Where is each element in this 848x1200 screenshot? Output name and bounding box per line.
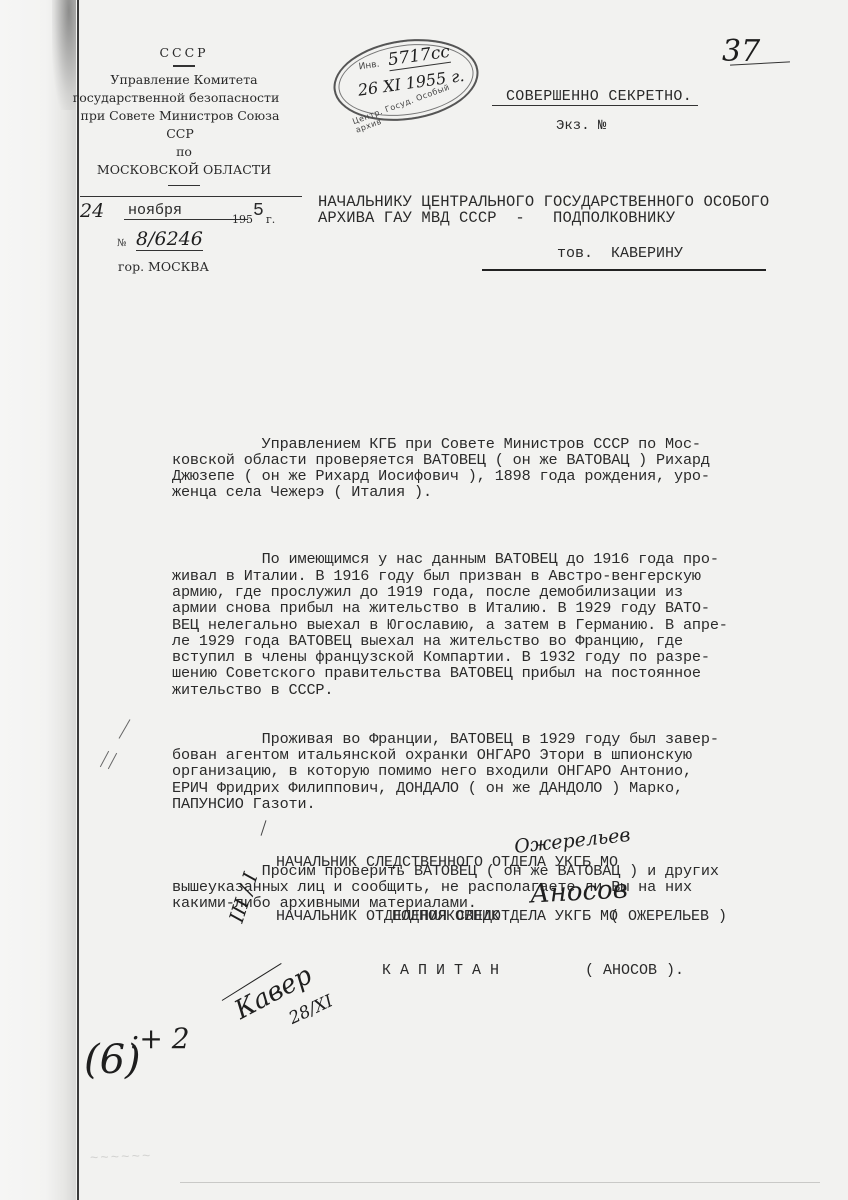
- addressee-line: АРХИВА ГАУ МВД СССР - ПОДПОЛКОВНИКУ: [318, 210, 769, 226]
- date-top-rule: [80, 196, 302, 197]
- signature-title: НАЧАЛЬНИК ОТДЕЛЕНИЯ СЛЕДОТДЕЛА УКГБ МО: [276, 908, 684, 926]
- date-day: 24: [80, 200, 104, 222]
- letterhead-rule: [168, 185, 200, 186]
- registration-label: №: [117, 238, 126, 249]
- letterhead-region: МОСКОВСКОЙ ОБЛАСТИ: [78, 161, 290, 179]
- date-year-suffix: г.: [266, 213, 275, 226]
- letterhead-line: по: [78, 143, 290, 161]
- letterhead-line: Управление Комитета: [78, 71, 290, 89]
- bottom-edge-rule: [180, 1182, 820, 1183]
- handwritten-signature-2: Аносов: [529, 874, 628, 909]
- letterhead-divider: [173, 65, 195, 67]
- body-paragraph: Управлением КГБ при Совете Министров ССС…: [172, 436, 822, 501]
- faint-bleedthrough: ~~~~~~: [90, 1149, 153, 1167]
- letterhead-line: при Совете Министров Союза ССР: [70, 107, 290, 143]
- letterhead: СССР Управление Комитета государственной…: [78, 44, 290, 186]
- signature-title: НАЧАЛЬНИК СЛЕДСТВЕННОГО ОТДЕЛА УКГБ МО: [262, 854, 727, 872]
- date-year-prefix: 195: [232, 213, 253, 226]
- addressee-line: НАЧАЛЬНИКУ ЦЕНТРАЛЬНОГО ГОСУДАРСТВЕННОГО…: [318, 194, 769, 210]
- addressee-block: НАЧАЛЬНИКУ ЦЕНТРАЛЬНОГО ГОСУДАРСТВЕННОГО…: [318, 194, 769, 226]
- body-paragraph: Проживая во Франции, ВАТОВЕЦ в 1929 году…: [172, 731, 822, 812]
- signature-rank: К А П И Т А Н: [382, 962, 499, 979]
- date-month: ноября: [124, 202, 248, 220]
- addressee-rule: [482, 269, 766, 271]
- copy-number-label: Экз. №: [556, 118, 606, 134]
- letterhead-line: государственной безопасности: [62, 89, 290, 107]
- letterhead-country: СССР: [78, 44, 290, 62]
- registration-number: 8/6246: [136, 228, 203, 251]
- stamp-inv-label: Инв.: [358, 60, 380, 73]
- date-year-digit: 5: [253, 201, 264, 221]
- stamp-inv-value: 5717сс: [387, 42, 452, 71]
- classification-label: СОВЕРШЕННО СЕКРЕТНО.: [492, 88, 698, 106]
- body-paragraph: По имеющимся у нас данным ВАТОВЕЦ до 191…: [172, 551, 822, 698]
- signature-name: ( АНОСОВ ).: [585, 962, 684, 979]
- addressee-name: тов. КАВЕРИНУ: [557, 245, 683, 262]
- scan-left-margin: [0, 0, 76, 1200]
- sheet-count-plus: :+ 2: [130, 1022, 190, 1055]
- city-label: гор. МОСКВА: [118, 259, 209, 274]
